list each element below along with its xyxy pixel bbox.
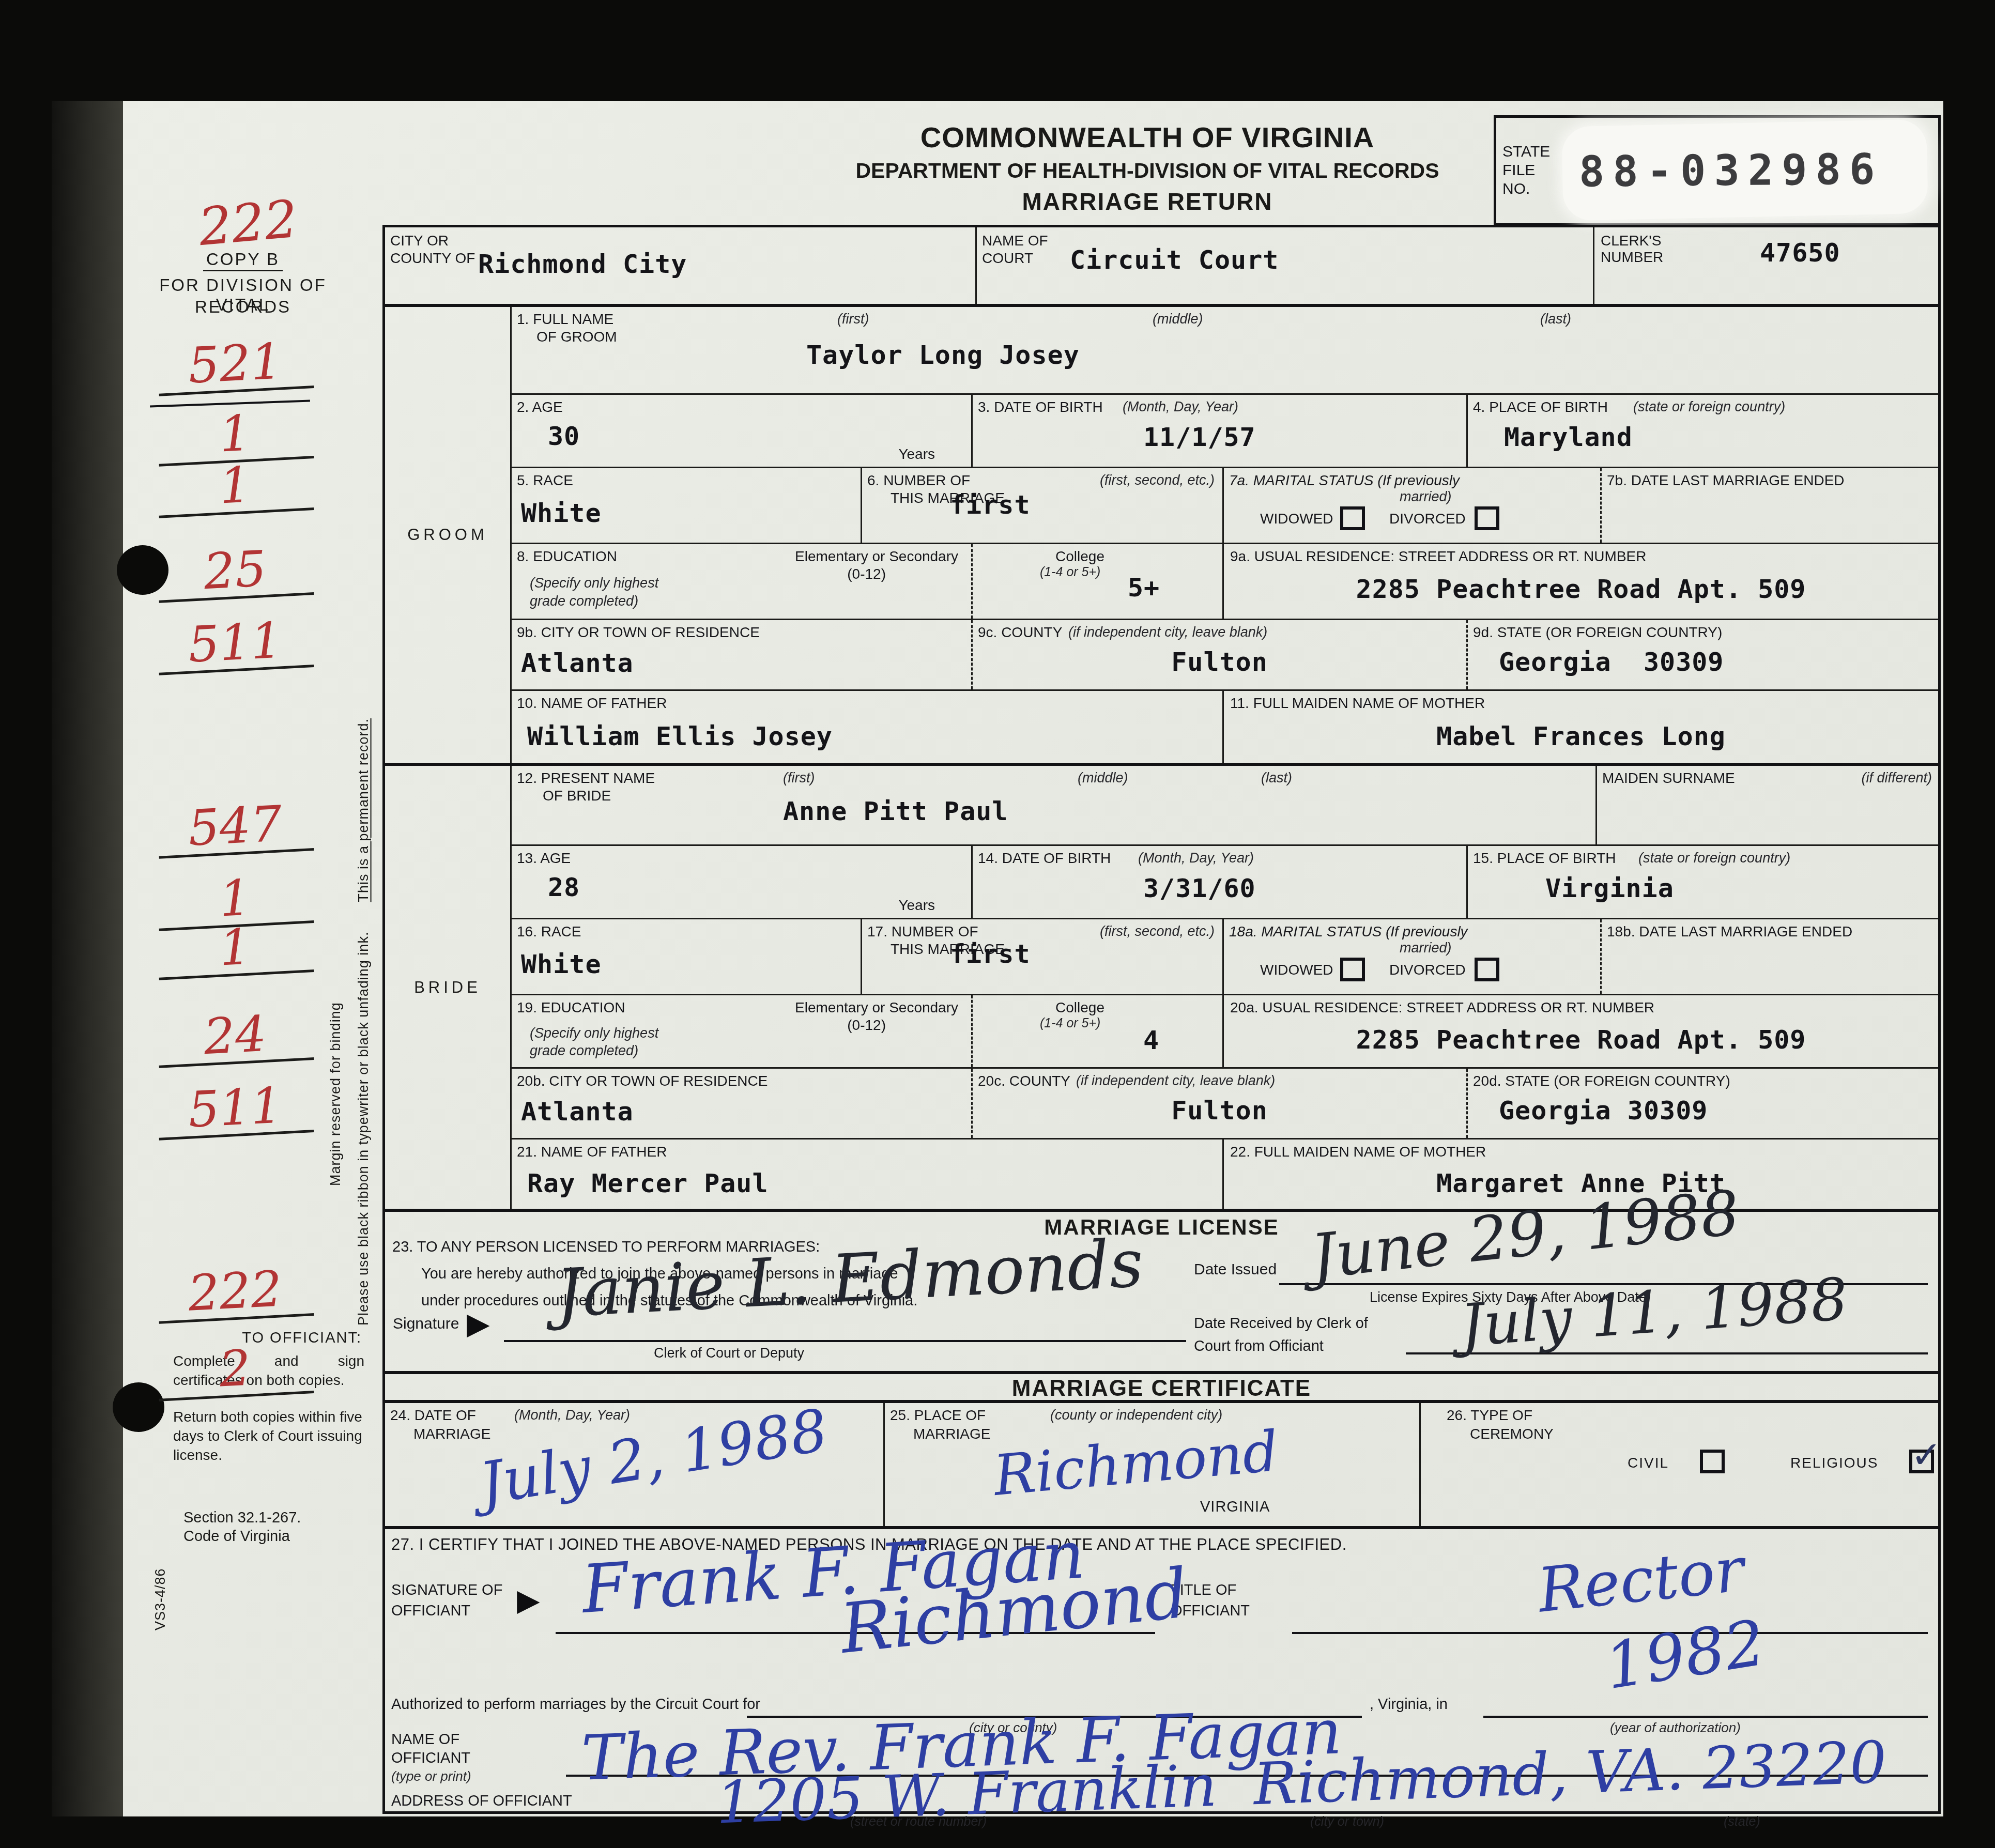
field-hint: (first) [837, 311, 869, 327]
margin-code: 521 [157, 335, 314, 396]
field-hint: (Specify only highest [530, 1025, 658, 1041]
signature-arrow-icon: ▶ [517, 1585, 540, 1615]
divorced-label: DIVORCED [1389, 511, 1466, 527]
field-label: 17. NUMBER OF [867, 923, 978, 940]
clerks-number-value: 47650 [1760, 238, 1840, 268]
city-county-cell: CITY OR COUNTY OF Richmond City [385, 227, 977, 304]
field-hint: (state or foreign country) [1638, 850, 1790, 866]
copy-for-line2: RECORDS [129, 297, 357, 317]
bride-age-row: 13. AGE 28 Years 14. DATE OF BIRTH (Mont… [512, 844, 1938, 918]
field-hint: (state or foreign country) [1633, 399, 1785, 415]
religious-label: RELIGIOUS [1790, 1455, 1878, 1471]
field-hint: (first) [783, 770, 815, 786]
scan-background: 222 COPY B FOR DIVISION OF VITAL RECORDS… [0, 0, 1995, 1848]
year-authorization-hint: (year of authorization) [1610, 1720, 1741, 1736]
court-label-1: NAME OF [982, 233, 1048, 249]
field-label: 18b. DATE LAST MARRIAGE ENDED [1607, 923, 1852, 940]
groom-full-name: Taylor Long Josey [806, 340, 1080, 370]
groom-residence-cell: 9a. USUAL RESIDENCE: STREET ADDRESS OR R… [1224, 544, 1938, 619]
certificate-row: 24. DATE OF MARRIAGE (Month, Day, Year) … [385, 1400, 1938, 1526]
field-label: 5. RACE [517, 472, 573, 489]
authorized-label: Authorized to perform marriages by the C… [391, 1696, 760, 1713]
field-label: 25. PLACE OF [890, 1407, 986, 1424]
groom-state: Georgia 30309 [1499, 647, 1724, 677]
field-label: OF GROOM [536, 329, 617, 345]
field-hint: (first, second, etc.) [1100, 923, 1215, 940]
city-town-hint: (city or town) [1310, 1814, 1384, 1829]
field-label: 21. NAME OF FATHER [517, 1144, 667, 1160]
field-label: 20a. USUAL RESIDENCE: STREET ADDRESS OR … [1230, 999, 1654, 1016]
field-label: 7b. DATE LAST MARRIAGE ENDED [1607, 472, 1845, 489]
bride-dob-cell: 14. DATE OF BIRTH (Month, Day, Year) 3/3… [973, 846, 1468, 918]
groom-county: Fulton [973, 647, 1466, 677]
officiant-name-label-1: NAME OF [391, 1731, 459, 1748]
field-label: 15. PLACE OF BIRTH [1473, 850, 1616, 867]
field-hint: (Month, Day, Year) [1123, 399, 1238, 415]
form-outline: CITY OR COUNTY OF Richmond City NAME OF … [382, 225, 1941, 1814]
hole-punch-bottom [113, 1382, 164, 1432]
groom-education-row: 8. EDUCATION Elementary or Secondary (0-… [512, 543, 1938, 619]
date-received-label-1: Date Received by Clerk of [1194, 1315, 1368, 1332]
field-label: College [1055, 999, 1104, 1016]
field-label: 4. PLACE OF BIRTH [1473, 399, 1608, 415]
clerk-signature-sublabel: Clerk of Court or Deputy [654, 1345, 804, 1361]
groom-pob: Maryland [1504, 422, 1633, 452]
field-label: married) [1400, 940, 1452, 956]
groom-parents-row: 10. NAME OF FATHER William Ellis Josey 1… [512, 689, 1938, 763]
bride-father-cell: 21. NAME OF FATHER Ray Mercer Paul [512, 1139, 1224, 1209]
field-hint: (if independent city, leave blank) [1068, 624, 1267, 640]
groom-mother-cell: 11. FULL MAIDEN NAME OF MOTHER Mabel Fra… [1224, 691, 1938, 763]
groom-age-cell: 2. AGE 30 Years [512, 395, 973, 467]
bride-race: White [521, 949, 602, 979]
date-received-label-2: Court from Officiant [1194, 1338, 1324, 1355]
groom-father-cell: 10. NAME OF FATHER William Ellis Josey [512, 691, 1224, 763]
civil-label: CIVIL [1628, 1455, 1669, 1471]
clerk-signature-label: Signature [393, 1315, 459, 1333]
officiant-signature-label-2: OFFICIANT [391, 1603, 470, 1620]
field-label: 6. NUMBER OF [867, 472, 970, 489]
binding-strip [52, 101, 123, 1816]
field-hint: (last) [1261, 770, 1292, 786]
groom-father: William Ellis Josey [527, 721, 833, 751]
bride-name-row: 12. PRESENT NAME OF BRIDE (first) (middl… [512, 766, 1938, 844]
field-hint: (if independent city, leave blank) [1076, 1073, 1275, 1089]
field-hint: (0-12) [847, 566, 886, 582]
date-received-handwriting: July 11, 1988 [1458, 1266, 1850, 1360]
clerks-number-cell: CLERK'S NUMBER 47650 [1594, 227, 1938, 304]
virginia-printed-label: VIRGINIA [1200, 1499, 1270, 1516]
groom-address: 2285 Peachtree Road Apt. 509 [1224, 574, 1938, 604]
bride-race-cell: 16. RACE White [512, 919, 862, 994]
field-hint: (middle) [1078, 770, 1128, 786]
field-label: 2. AGE [517, 399, 563, 415]
binding-note-ribbon: Please use black ribbon in typewriter or… [356, 354, 372, 1326]
bride-age: 28 [548, 872, 580, 902]
margin-code: 511 [157, 614, 314, 675]
margin-code: 25 [157, 542, 314, 603]
binding-note-margin: Margin reserved for binding [328, 814, 344, 1186]
field-label: 10. NAME OF FATHER [517, 695, 667, 712]
field-hint: grade completed) [530, 593, 638, 609]
bride-education-college: 4 [1143, 1025, 1159, 1055]
bride-pob-cell: 15. PLACE OF BIRTH (state or foreign cou… [1468, 846, 1938, 918]
field-label: 12. PRESENT NAME [517, 770, 655, 787]
bride-city-row: 20b. CITY OR TOWN OF RESIDENCE Atlanta 2… [512, 1067, 1938, 1138]
civil-checkbox [1700, 1450, 1725, 1473]
bride-education-cell: 19. EDUCATION Elementary or Secondary (0… [512, 995, 973, 1067]
religious-checkmark: ✓ [1911, 1433, 1942, 1476]
field-hint: (if different) [1861, 770, 1932, 786]
field-hint: (last) [1540, 311, 1571, 327]
field-hint: (1-4 or 5+) [1040, 565, 1100, 580]
bride-county: Fulton [973, 1096, 1466, 1126]
city-label-2: COUNTY OF [390, 250, 475, 267]
bride-state: Georgia 30309 [1499, 1096, 1708, 1126]
margin-code: 547 [157, 798, 314, 859]
state-hint: (state) [1724, 1814, 1760, 1829]
state-file-number: 88-032986 [1579, 145, 1883, 196]
field-label: 7a. MARITAL STATUS (If previously [1229, 472, 1460, 489]
court-value: Circuit Court [1070, 245, 1279, 275]
field-label: 3. DATE OF BIRTH [978, 399, 1103, 415]
field-label: 26. TYPE OF [1447, 1407, 1532, 1424]
field-label: MAIDEN SURNAME [1602, 770, 1735, 787]
groom-pob-cell: 4. PLACE OF BIRTH (state or foreign coun… [1468, 395, 1938, 467]
groom-race: White [521, 498, 602, 528]
certificate-title: MARRIAGE CERTIFICATE [385, 1371, 1938, 1400]
field-label: College [1055, 548, 1104, 565]
date-of-marriage-cell: 24. DATE OF MARRIAGE (Month, Day, Year) … [385, 1403, 885, 1526]
bride-last-marriage-cell: 18b. DATE LAST MARRIAGE ENDED [1602, 919, 1938, 994]
years-label: Years [898, 897, 935, 914]
field-label: 9b. CITY OR TOWN OF RESIDENCE [517, 624, 760, 641]
groom-dob-cell: 3. DATE OF BIRTH (Month, Day, Year) 11/1… [973, 395, 1468, 467]
bride-name-cell: 12. PRESENT NAME OF BRIDE (first) (middl… [512, 766, 1597, 844]
field-label: 9d. STATE (OR FOREIGN COUNTRY) [1473, 624, 1722, 641]
field-label: 19. EDUCATION [517, 999, 625, 1016]
divorced-checkbox [1475, 958, 1499, 981]
form-code: VS3-4/86 [152, 1496, 168, 1630]
bride-age-cell: 13. AGE 28 Years [512, 846, 973, 918]
bride-race-row: 16. RACE White 17. NUMBER OF (first, sec… [512, 918, 1938, 994]
binding-note-permanent: This is a permanent record. [356, 718, 371, 902]
field-label: 1. FULL NAME [517, 311, 613, 328]
field-hint: (middle) [1153, 311, 1203, 327]
widowed-label: WIDOWED [1260, 511, 1333, 527]
groom-city-cell: 9b. CITY OR TOWN OF RESIDENCE Atlanta [512, 620, 973, 689]
field-hint: (0-12) [847, 1017, 886, 1034]
margin-code: 1 [157, 457, 314, 518]
field-label: OF BRIDE [543, 788, 611, 804]
groom-college-cell: College (1-4 or 5+) 5+ [973, 544, 1224, 619]
groom-education-cell: 8. EDUCATION Elementary or Secondary (0-… [512, 544, 973, 619]
field-label: 20c. COUNTY [978, 1073, 1070, 1089]
groom-age-row: 2. AGE 30 Years 3. DATE OF BIRTH (Month,… [512, 393, 1938, 467]
field-label: CEREMONY [1470, 1426, 1554, 1442]
groom-city-row: 9b. CITY OR TOWN OF RESIDENCE Atlanta 9c… [512, 619, 1938, 689]
groom-marriage-number-cell: 6. NUMBER OF (first, second, etc.) THIS … [862, 468, 1224, 543]
margin-code: 24 [157, 1007, 314, 1068]
field-label: 9a. USUAL RESIDENCE: STREET ADDRESS OR R… [1230, 548, 1646, 565]
groom-full-name-cell: 1. FULL NAME OF GROOM (first) (middle) (… [512, 307, 1938, 393]
row-city-court: CITY OR COUNTY OF Richmond City NAME OF … [385, 227, 1938, 304]
widowed-checkbox [1340, 506, 1365, 530]
bride-address: 2285 Peachtree Road Apt. 509 [1224, 1025, 1938, 1055]
widowed-checkbox [1340, 958, 1365, 981]
groom-city: Atlanta [521, 648, 634, 678]
bride-marital-status-cell: 18a. MARITAL STATUS (If previously marri… [1224, 919, 1602, 994]
groom-age: 30 [548, 421, 580, 451]
bride-dob: 3/31/60 [1143, 873, 1256, 903]
groom-marriage-number: first [950, 490, 1031, 520]
marriage-license-section: MARRIAGE LICENSE 23. TO ANY PERSON LICEN… [385, 1209, 1938, 1371]
date-issued-label: Date Issued [1194, 1261, 1277, 1279]
state-file-box: STATE FILE NO. 88-032986 [1494, 115, 1941, 226]
margin-code: 1 [157, 919, 314, 980]
field-hint: (1-4 or 5+) [1040, 1016, 1100, 1031]
authorized-year-line [1483, 1716, 1928, 1718]
field-label: Elementary or Secondary [795, 548, 958, 565]
field-label: Elementary or Secondary [795, 999, 958, 1016]
clerk-signature-line [504, 1340, 1186, 1342]
bride-residence-cell: 20a. USUAL RESIDENCE: STREET ADDRESS OR … [1224, 995, 1938, 1067]
officiant-signature-label-1: SIGNATURE OF [391, 1582, 502, 1599]
field-hint: (first, second, etc.) [1100, 472, 1215, 488]
groom-marital-status-cell: 7a. MARITAL STATUS (If previously marrie… [1224, 468, 1602, 543]
field-label: 24. DATE OF [390, 1407, 476, 1424]
place-of-marriage-cell: 25. PLACE OF MARRIAGE (county or indepen… [885, 1403, 1421, 1526]
groom-name-row: 1. FULL NAME OF GROOM (first) (middle) (… [512, 307, 1938, 393]
bride-maiden-cell: MAIDEN SURNAME (if different) [1597, 766, 1938, 844]
groom-state-cell: 9d. STATE (OR FOREIGN COUNTRY) Georgia 3… [1468, 620, 1938, 689]
widowed-label: WIDOWED [1260, 962, 1333, 978]
city-label-1: CITY OR [390, 233, 449, 249]
field-hint: grade completed) [530, 1043, 638, 1059]
bride-section-label: BRIDE [385, 766, 512, 1209]
field-label: MARRIAGE [413, 1426, 490, 1442]
officiant-name-label-2: OFFICIANT [391, 1750, 470, 1767]
field-hint: (Specify only highest [530, 575, 658, 591]
certificate-paper: 222 COPY B FOR DIVISION OF VITAL RECORDS… [52, 101, 1943, 1816]
bride-marriage-number-cell: 17. NUMBER OF (first, second, etc.) THIS… [862, 919, 1224, 994]
margin-code: 511 [157, 1080, 314, 1141]
field-label: 8. EDUCATION [517, 548, 617, 565]
field-label: 13. AGE [517, 850, 571, 867]
bride-college-cell: College (1-4 or 5+) 4 [973, 995, 1224, 1067]
field-label: 18a. MARITAL STATUS (If previously [1229, 923, 1468, 940]
groom-education-college: 5+ [1128, 573, 1160, 603]
field-label: 22. FULL MAIDEN NAME OF MOTHER [1230, 1144, 1486, 1160]
type-of-ceremony-cell: 26. TYPE OF CEREMONY CIVIL RELIGIOUS ✓ [1421, 1403, 1938, 1526]
bride-education-row: 19. EDUCATION Elementary or Secondary (0… [512, 994, 1938, 1067]
groom-county-cell: 9c. COUNTY (if independent city, leave b… [973, 620, 1468, 689]
clerks-number-label: CLERK'S NUMBER [1601, 233, 1678, 266]
court-cell: NAME OF COURT Circuit Court [977, 227, 1594, 304]
groom-race-cell: 5. RACE White [512, 468, 862, 543]
bride-marriage-number: first [950, 939, 1031, 969]
field-hint: (Month, Day, Year) [1138, 850, 1254, 866]
bride-section: BRIDE 12. PRESENT NAME OF BRIDE (first) … [385, 763, 1938, 1209]
bride-pob: Virginia [1545, 873, 1674, 903]
field-label: married) [1400, 489, 1452, 505]
margin-code: 222 [157, 1263, 314, 1324]
city-county-value: Richmond City [478, 249, 687, 279]
groom-race-row: 5. RACE White 6. NUMBER OF (first, secon… [512, 467, 1938, 543]
groom-dob: 11/1/57 [1143, 422, 1256, 452]
groom-last-marriage-cell: 7b. DATE LAST MARRIAGE ENDED [1602, 468, 1938, 543]
bride-state-cell: 20d. STATE (OR FOREIGN COUNTRY) Georgia … [1468, 1069, 1938, 1138]
bride-father: Ray Mercer Paul [527, 1168, 769, 1198]
field-label: 11. FULL MAIDEN NAME OF MOTHER [1230, 695, 1485, 712]
field-hint: (county or independent city) [1050, 1407, 1222, 1423]
divorced-checkbox [1475, 506, 1499, 530]
groom-section-label: GROOM [385, 307, 512, 763]
state-file-label: STATE FILE NO. [1502, 143, 1559, 198]
bride-full-name: Anne Pitt Paul [783, 796, 1008, 826]
field-label: 9c. COUNTY [978, 624, 1062, 641]
years-label: Years [898, 446, 935, 463]
place-of-marriage-handwriting: Richmond [991, 1419, 1281, 1508]
code-section-ref-1: Section 32.1-267. [183, 1510, 370, 1527]
field-label: 16. RACE [517, 923, 581, 940]
bride-city-cell: 20b. CITY OR TOWN OF RESIDENCE Atlanta [512, 1069, 973, 1138]
margin-code: 2 [157, 1341, 314, 1402]
field-label: 20d. STATE (OR FOREIGN COUNTRY) [1473, 1073, 1730, 1089]
divorced-label: DIVORCED [1389, 962, 1466, 978]
code-section-ref-2: Code of Virginia [183, 1528, 370, 1545]
groom-section: GROOM 1. FULL NAME OF GROOM (first) (mid… [385, 304, 1938, 763]
field-label: 14. DATE OF BIRTH [978, 850, 1111, 867]
margin-code-top: 222 [168, 186, 328, 260]
groom-mother: Mabel Frances Long [1224, 721, 1938, 751]
binding-note-ribbon-text: Please use black ribbon in typewriter or… [356, 932, 371, 1326]
to-officiant-note-2: Return both copies within five days to C… [173, 1407, 364, 1465]
field-label: MARRIAGE [913, 1426, 990, 1442]
field-hint: (Month, Day, Year) [514, 1407, 630, 1423]
bride-city: Atlanta [521, 1097, 634, 1127]
officiant-address-label: ADDRESS OF OFFICIANT [391, 1793, 572, 1810]
virginia-in-label: , Virginia, in [1370, 1696, 1448, 1713]
court-label-2: COURT [982, 250, 1033, 267]
field-label: 20b. CITY OR TOWN OF RESIDENCE [517, 1073, 768, 1089]
signature-arrow-icon: ▶ [467, 1309, 490, 1339]
bride-county-cell: 20c. COUNTY (if independent city, leave … [973, 1069, 1468, 1138]
